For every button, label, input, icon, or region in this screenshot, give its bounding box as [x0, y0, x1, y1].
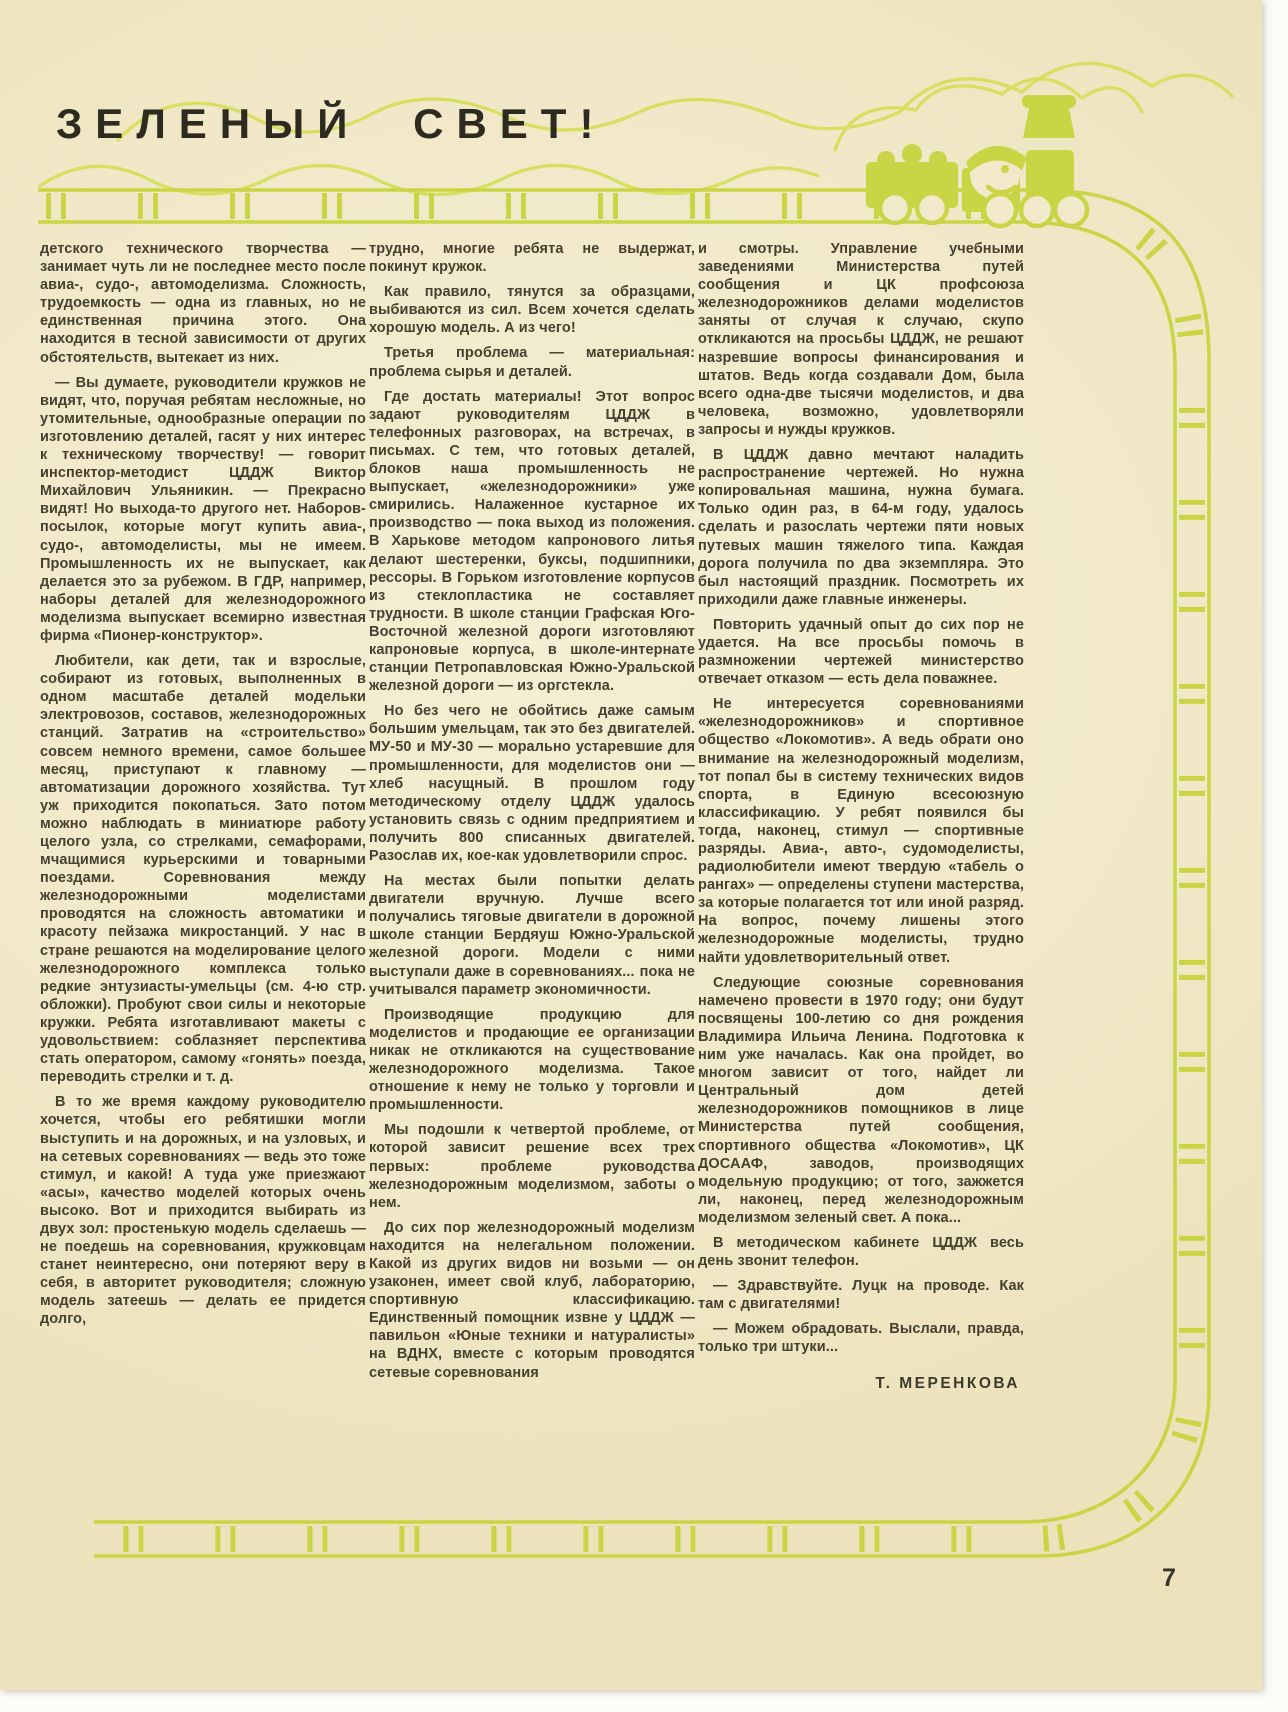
article-column-3: и смотры. Управление учебными заведениям…	[698, 240, 1024, 1357]
paragraph: — Можем обрадовать. Выслали, правда, тол…	[698, 1320, 1024, 1356]
paragraph: Где достать материалы! Этот вопрос задаю…	[369, 388, 695, 696]
page-number: 7	[1162, 1564, 1176, 1593]
page-title: ЗЕЛЕНЫЙ СВЕТ!	[56, 100, 606, 148]
article-column-2: трудно, многие ребята не выдержат, покин…	[369, 240, 695, 1389]
paragraph: — Здравствуйте. Луцк на проводе. Как там…	[698, 1277, 1024, 1313]
paragraph: Третья проблема — материальная: проблема…	[369, 344, 695, 380]
paragraph: детского технического творчества — заним…	[40, 240, 366, 367]
magazine-page: ЗЕЛЕНЫЙ СВЕТ! детского технического твор…	[0, 0, 1262, 1690]
paragraph: Мы подошли к четвертой проблеме, от кото…	[369, 1121, 695, 1211]
train-illustration	[866, 95, 1087, 226]
paragraph: Не интересуется соревнованиями «железнод…	[698, 695, 1024, 966]
article-column-3-wrap: и смотры. Управление учебными заведениям…	[698, 240, 1024, 1393]
paragraph: На местах были попытки делать двигатели …	[369, 872, 695, 999]
paragraph: В ЦДДЖ давно мечтают наладить распростра…	[698, 446, 1024, 609]
paragraph: В методическом кабинете ЦДДЖ весь день з…	[698, 1234, 1024, 1270]
author-signature: Т. МЕРЕНКОВА	[698, 1375, 1024, 1393]
paragraph: Производящие продукцию для моделистов и …	[369, 1006, 695, 1115]
article-column-1: детского технического творчества — заним…	[40, 240, 366, 1336]
paragraph: В то же время каждому руководителю хочет…	[40, 1093, 366, 1328]
paragraph: Но без чего не обойтись даже самым больш…	[369, 702, 695, 865]
paragraph: До сих пор железнодорожный моделизм нахо…	[369, 1219, 695, 1382]
paragraph: Следующие союзные соревнования намечено …	[698, 974, 1024, 1227]
paragraph: и смотры. Управление учебными заведениям…	[698, 240, 1024, 439]
paragraph: — Вы думаете, руководители кружков не ви…	[40, 374, 366, 645]
magazine-page-scan: ЗЕЛЕНЫЙ СВЕТ! детского технического твор…	[0, 0, 1288, 1712]
paragraph: Любители, как дети, так и взрослые, соби…	[40, 652, 366, 1086]
paragraph: Повторить удачный опыт до сих пор не уда…	[698, 616, 1024, 688]
paragraph: трудно, многие ребята не выдержат, покин…	[369, 240, 695, 276]
paragraph: Как правило, тянутся за образцами, выбив…	[369, 283, 695, 337]
